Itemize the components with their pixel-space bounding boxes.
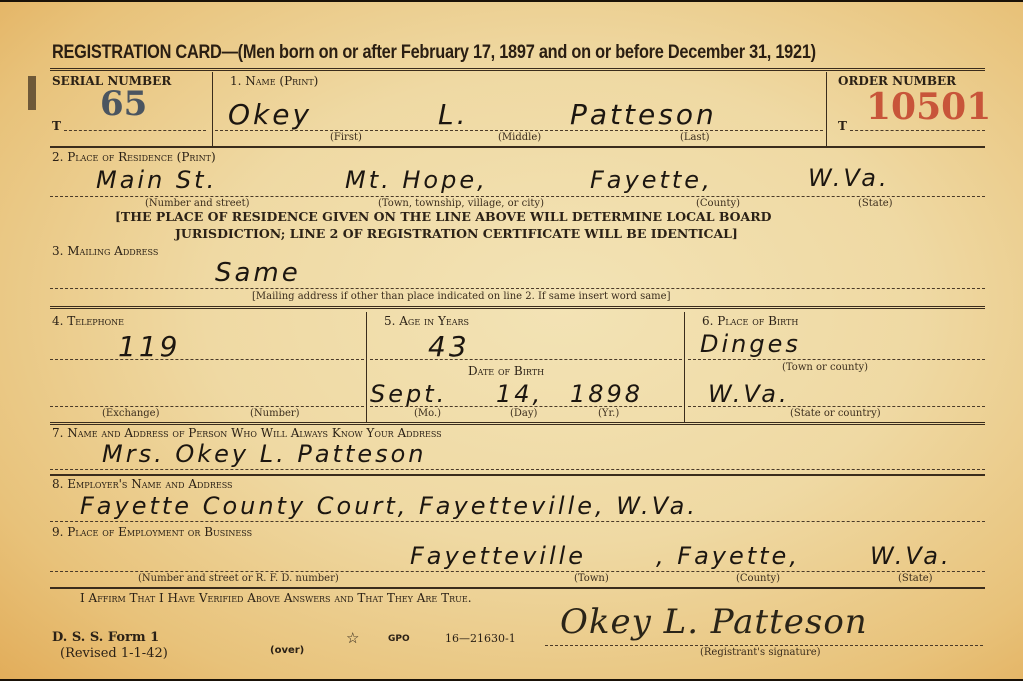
dob-line [370, 406, 682, 407]
birthplace-town: Dinges [700, 330, 801, 358]
contact-label: 7. Name and Address of Person Who Will A… [52, 426, 442, 440]
gpo-mark: GPO [388, 634, 410, 644]
residence-county: Fayette, [590, 166, 713, 194]
divider [50, 422, 985, 425]
form-number: D. S. S. Form 1 [52, 630, 159, 645]
employment-town-caption: (Town) [574, 573, 609, 584]
contact-line [50, 469, 985, 470]
contact-value: Mrs. Okey L. Patteson [102, 440, 427, 468]
state-caption: (State) [858, 198, 893, 209]
employment-state-caption: (State) [898, 573, 933, 584]
birthplace-town-line [688, 359, 985, 360]
birthplace-state-caption: (State or country) [790, 408, 881, 419]
residence-notice-2: JURISDICTION; LINE 2 OF REGISTRATION CER… [175, 225, 738, 242]
divider [50, 146, 985, 148]
birthplace-label: 6. Place of Birth [702, 314, 798, 328]
registration-card: REGISTRATION CARD—(Men born on or after … [0, 2, 1023, 679]
affirm-text: I Affirm That I Have Verified Above Answ… [80, 591, 472, 605]
divider [50, 587, 985, 589]
birthplace-state: W.Va. [708, 380, 790, 408]
age-label: 5. Age in Years [384, 314, 469, 328]
mailing-value: Same [215, 258, 301, 288]
serial-prefix: T [52, 119, 61, 133]
order-prefix: T [838, 119, 847, 133]
mailing-label: 3. Mailing Address [52, 244, 158, 258]
signature-line [545, 645, 983, 646]
last-caption: (Last) [680, 132, 710, 143]
year-caption: (Yr.) [598, 408, 619, 419]
form-revised: (Revised 1-1-42) [60, 646, 168, 661]
age-line [370, 359, 682, 360]
telephone-line-1 [50, 359, 364, 360]
over-note: (over) [270, 645, 304, 656]
divider [50, 474, 985, 476]
registrant-signature: Okey L. Patteson [560, 602, 868, 642]
divider [50, 68, 985, 71]
number-caption: (Number) [250, 408, 300, 419]
name-last: Patteson [570, 98, 717, 131]
divider [684, 312, 685, 422]
order-line [850, 130, 985, 131]
residence-line [50, 196, 985, 197]
middle-caption: (Middle) [498, 132, 541, 143]
signature-caption: (Registrant's signature) [700, 647, 821, 658]
name-first: Okey [228, 98, 312, 131]
residence-notice-1: [THE PLACE OF RESIDENCE GIVEN ON THE LIN… [115, 208, 771, 225]
employment-county-caption: (County) [736, 573, 780, 584]
card-title: REGISTRATION CARD—(Men born on or after … [52, 42, 816, 64]
dob-year: 1898 [570, 380, 643, 408]
employment-town: Fayetteville [410, 542, 586, 570]
employment-line [50, 571, 985, 572]
print-code: 16—21630-1 [445, 632, 516, 645]
residence-state: W.Va. [808, 164, 890, 192]
divider [212, 72, 213, 146]
mailing-line [50, 288, 985, 289]
day-caption: (Day) [510, 408, 537, 419]
serial-line [64, 130, 206, 131]
birthplace-town-caption: (Town or county) [782, 362, 868, 373]
divider [50, 306, 985, 309]
dob-month: Sept. [370, 380, 447, 408]
birthplace-state-line [688, 406, 985, 407]
employer-label: 8. Employer's Name and Address [52, 477, 233, 491]
month-caption: (Mo.) [414, 408, 441, 419]
divider [826, 72, 827, 146]
telephone-label: 4. Telephone [52, 314, 124, 328]
employer-line [50, 521, 985, 522]
residence-label: 2. Place of Residence (Print) [52, 150, 216, 164]
name-line [215, 130, 823, 131]
residence-town: Mt. Hope, [345, 166, 488, 194]
corner-mark [28, 76, 36, 110]
employment-street-caption: (Number and street or R. F. D. number) [138, 573, 339, 584]
residence-street: Main St. [96, 166, 217, 194]
order-number-value: 10501 [866, 86, 991, 128]
mailing-caption: [Mailing address if other than place ind… [252, 291, 670, 302]
employment-label: 9. Place of Employment or Business [52, 525, 252, 539]
first-caption: (First) [330, 132, 362, 143]
name-middle: L. [438, 98, 469, 131]
employer-value: Fayette County Court, Fayetteville, W.Va… [80, 492, 698, 520]
star-icon: ☆ [346, 629, 359, 647]
serial-number-value: 65 [100, 84, 147, 124]
exchange-caption: (Exchange) [102, 408, 160, 419]
telephone-line-2 [50, 406, 364, 407]
divider [366, 312, 367, 422]
employment-county: , Fayette, [656, 542, 800, 570]
name-label: 1. Name (Print) [230, 74, 318, 88]
dob-label: Date of Birth [468, 364, 544, 378]
dob-day: 14, [496, 380, 543, 408]
employment-state: W.Va. [870, 542, 952, 570]
